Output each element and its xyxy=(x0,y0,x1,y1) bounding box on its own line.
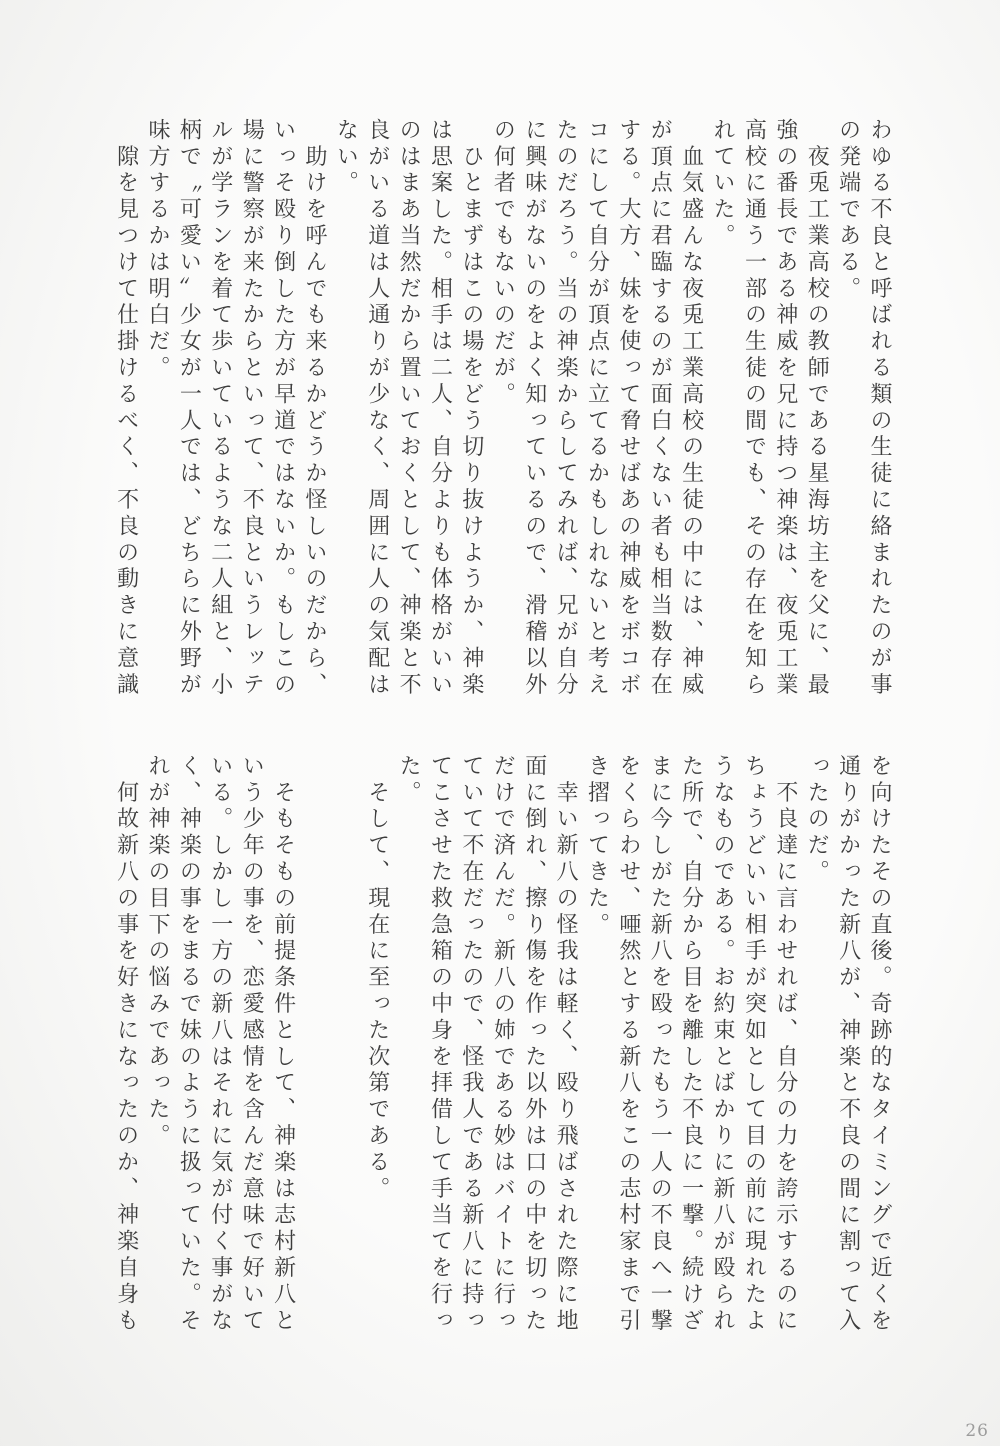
text-column: た。 xyxy=(393,754,424,1338)
text-column: 場に警察が来たからといって、不良というレッテ xyxy=(236,118,267,702)
text-block-bottom: を向けたその直後。奇跡的なタイミングで近くを通りがかった新八が、神楽と不良の間に… xyxy=(110,754,895,1338)
text-column: のはまあ当然だから置いておくとして、神楽と不 xyxy=(393,118,424,702)
text-column: だけで済んだ。新八の姉である妙はバイトに行っ xyxy=(487,754,518,1338)
text-column: の何者でもないのだが。 xyxy=(487,118,518,702)
text-column: 強の番長である神威を兄に持つ神楽は、夜兎工業 xyxy=(769,118,800,702)
text-column: の発端である。 xyxy=(832,118,863,702)
text-column: が頂点に君臨するのが面白くない者も相当数存在 xyxy=(644,118,675,702)
text-column: 幸い新八の怪我は軽く、殴り飛ばされた際に地 xyxy=(550,754,581,1338)
text-column: は思案した。相手は二人、自分よりも体格がいい xyxy=(424,118,455,702)
scanned-page: わゆる不良と呼ばれる類の生徒に絡まれたのが事の発端である。 夜兎工業高校の教師で… xyxy=(0,0,1000,1446)
text-column: そして、現在に至った次第である。 xyxy=(361,754,392,1338)
text-column: ちょうどいい相手が突如として目の前に現れたよ xyxy=(738,754,769,1338)
text-column: ない。 xyxy=(330,118,361,702)
text-column: を向けたその直後。奇跡的なタイミングで近くを xyxy=(864,754,895,1338)
text-column: いる。しかし一方の新八はそれに気が付く事がな xyxy=(204,754,235,1338)
text-column: いう少年の事を、恋愛感情を含んだ意味で好いて xyxy=(236,754,267,1338)
blank-column xyxy=(330,754,361,1338)
text-column: 血気盛んな夜兎工業高校の生徒の中には、神威 xyxy=(675,118,706,702)
text-column: 味方するかは明白だ。 xyxy=(142,118,173,702)
text-column: ひとまずはこの場をどう切り抜けようか、神楽 xyxy=(456,118,487,702)
text-column: うなものである。お約束とばかりに新八が殴られ xyxy=(707,754,738,1338)
text-column: く、神楽の事をまるで妹のように扱っていた。そ xyxy=(173,754,204,1338)
text-column: 良がいる道は人通りが少なく、周囲に人の気配は xyxy=(361,118,392,702)
text-column: ったのだ。 xyxy=(801,754,832,1338)
text-column: 柄で〝可愛い〟少女が一人では、どちらに外野が xyxy=(173,118,204,702)
text-column: 面に倒れ、擦り傷を作った以外は口の中を切った xyxy=(518,754,549,1338)
text-column: れていた。 xyxy=(707,118,738,702)
text-column: に興味がないのをよく知っているので、滑稽以外 xyxy=(518,118,549,702)
blank-column xyxy=(299,754,330,1338)
text-column: そもそもの前提条件として、神楽は志村新八と xyxy=(267,754,298,1338)
text-column: 夜兎工業高校の教師である星海坊主を父に、最 xyxy=(801,118,832,702)
text-column: コにして自分が頂点に立てるかもしれないと考え xyxy=(581,118,612,702)
text-column: わゆる不良と呼ばれる類の生徒に絡まれたのが事 xyxy=(864,118,895,702)
text-column: き摺ってきた。 xyxy=(581,754,612,1338)
text-column: 何故新八の事を好きになったのか、神楽自身も xyxy=(110,754,141,1338)
text-column: てこさせた救急箱の中身を拝借して手当てを行っ xyxy=(424,754,455,1338)
text-column: 通りがかった新八が、神楽と不良の間に割って入 xyxy=(832,754,863,1338)
text-column: たのだろう。当の神楽からしてみれば、兄が自分 xyxy=(550,118,581,702)
text-column: まに今しがた新八を殴ったもう一人の不良へ一撃 xyxy=(644,754,675,1338)
text-column: する。大方、妹を使って脅せばあの神威をボコボ xyxy=(612,118,643,702)
text-column: をくらわせ、唖然とする新八をこの志村家まで引 xyxy=(612,754,643,1338)
text-column: ルが学ランを着て歩いているような二人組と、小 xyxy=(204,118,235,702)
text-column: れが神楽の目下の悩みであった。 xyxy=(142,754,173,1338)
text-column: 高校に通う一部の生徒の間でも、その存在を知ら xyxy=(738,118,769,702)
text-column: た所で、自分から目を離した不良に一撃。続けざ xyxy=(675,754,706,1338)
text-column: 隙を見つけて仕掛けるべく、不良の動きに意識 xyxy=(110,118,141,702)
text-column: 助けを呼んでも来るかどうか怪しいのだから、 xyxy=(299,118,330,702)
text-column: 不良達に言わせれば、自分の力を誇示するのに xyxy=(769,754,800,1338)
page-number: 26 xyxy=(965,1421,989,1441)
text-column: いっそ殴り倒した方が早道ではないか。もしこの xyxy=(267,118,298,702)
text-block-top: わゆる不良と呼ばれる類の生徒に絡まれたのが事の発端である。 夜兎工業高校の教師で… xyxy=(110,118,895,702)
text-column: ていて不在だったので、怪我人である新八に持っ xyxy=(456,754,487,1338)
